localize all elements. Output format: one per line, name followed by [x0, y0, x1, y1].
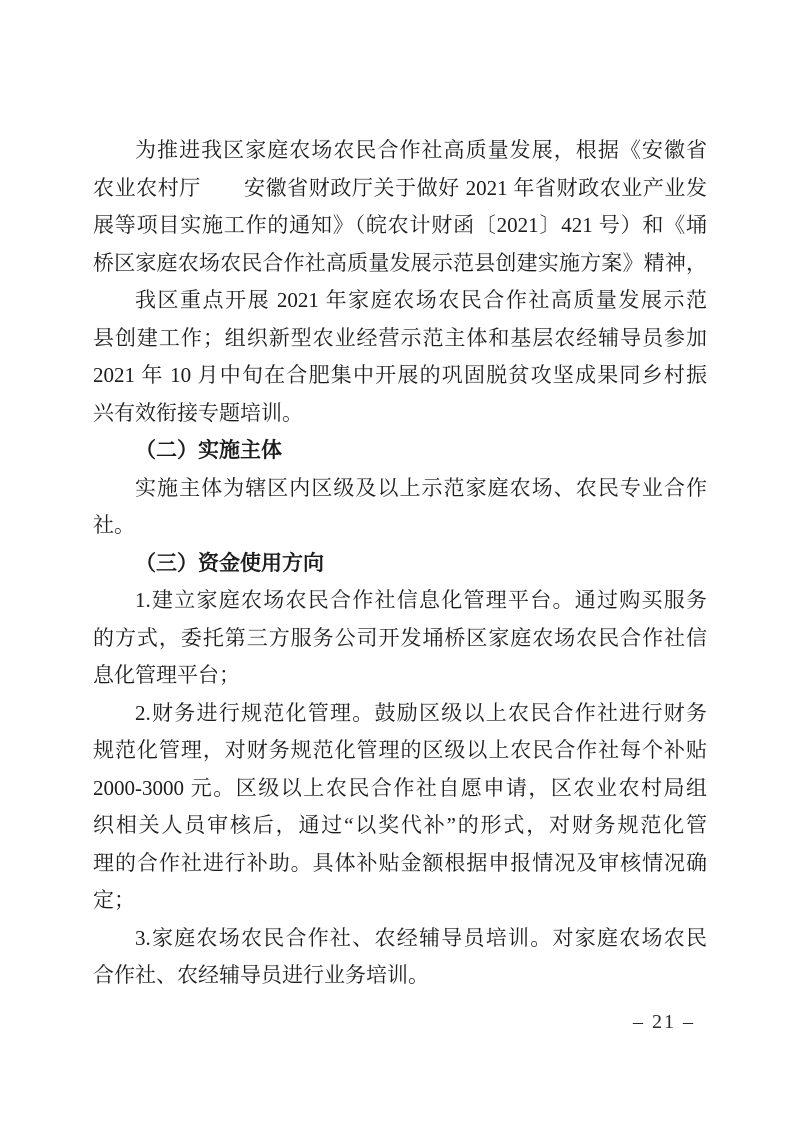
- page-number: – 21 –: [633, 1010, 695, 1034]
- doc-line: 实施主体为辖区内区级及以上示范家庭农场、农民专业合作: [93, 470, 707, 508]
- doc-line: 2000-3000 元。区级以上农民合作社自愿申请，区农业农村局组: [93, 770, 707, 808]
- doc-line: 3.家庭农场农民合作社、农经辅导员培训。对家庭农场农民: [93, 920, 707, 958]
- doc-line: 县创建工作；组织新型农业经营示范主体和基层农经辅导员参加: [93, 320, 707, 358]
- doc-line: 2.财务进行规范化管理。鼓励区级以上农民合作社进行财务: [93, 695, 707, 733]
- doc-line: 2021 年 10 月中旬在合肥集中开展的巩固脱贫攻坚成果同乡村振: [93, 357, 707, 395]
- doc-line: 1.建立家庭农场农民合作社信息化管理平台。通过购买服务: [93, 582, 707, 620]
- doc-line: 的方式，委托第三方服务公司开发埇桥区家庭农场农民合作社信: [93, 620, 707, 658]
- doc-line: 桥区家庭农场农民合作社高质量发展示范县创建实施方案》精神，: [93, 245, 707, 283]
- doc-line: 展等项目实施工作的通知》（皖农计财函〔2021〕421 号）和《埇: [93, 207, 707, 245]
- section-heading: （二）实施主体: [93, 432, 707, 470]
- doc-line: 规范化管理，对财务规范化管理的区级以上农民合作社每个补贴: [93, 732, 707, 770]
- doc-line: 我区重点开展 2021 年家庭农场农民合作社高质量发展示范: [93, 282, 707, 320]
- doc-line: 织相关人员审核后，通过“以奖代补”的形式，对财务规范化管: [93, 807, 707, 845]
- doc-line: 理的合作社进行补助。具体补贴金额根据申报情况及审核情况确: [93, 845, 707, 883]
- doc-line: 社。: [93, 507, 707, 545]
- document-page: 为推进我区家庭农场农民合作社高质量发展，根据《安徽省 农业农村厅 安徽省财政厅关…: [0, 0, 793, 1122]
- doc-line: 定；: [93, 882, 707, 920]
- doc-line: 息化管理平台；: [93, 657, 707, 695]
- doc-line: 兴有效衔接专题培训。: [93, 395, 707, 433]
- document-body: 为推进我区家庭农场农民合作社高质量发展，根据《安徽省 农业农村厅 安徽省财政厅关…: [93, 132, 707, 995]
- doc-line: 合作社、农经辅导员进行业务培训。: [93, 957, 707, 995]
- doc-line: 农业农村厅 安徽省财政厅关于做好 2021 年省财政农业产业发: [93, 170, 707, 208]
- section-heading: （三）资金使用方向: [93, 545, 707, 583]
- doc-line: 为推进我区家庭农场农民合作社高质量发展，根据《安徽省: [93, 132, 707, 170]
